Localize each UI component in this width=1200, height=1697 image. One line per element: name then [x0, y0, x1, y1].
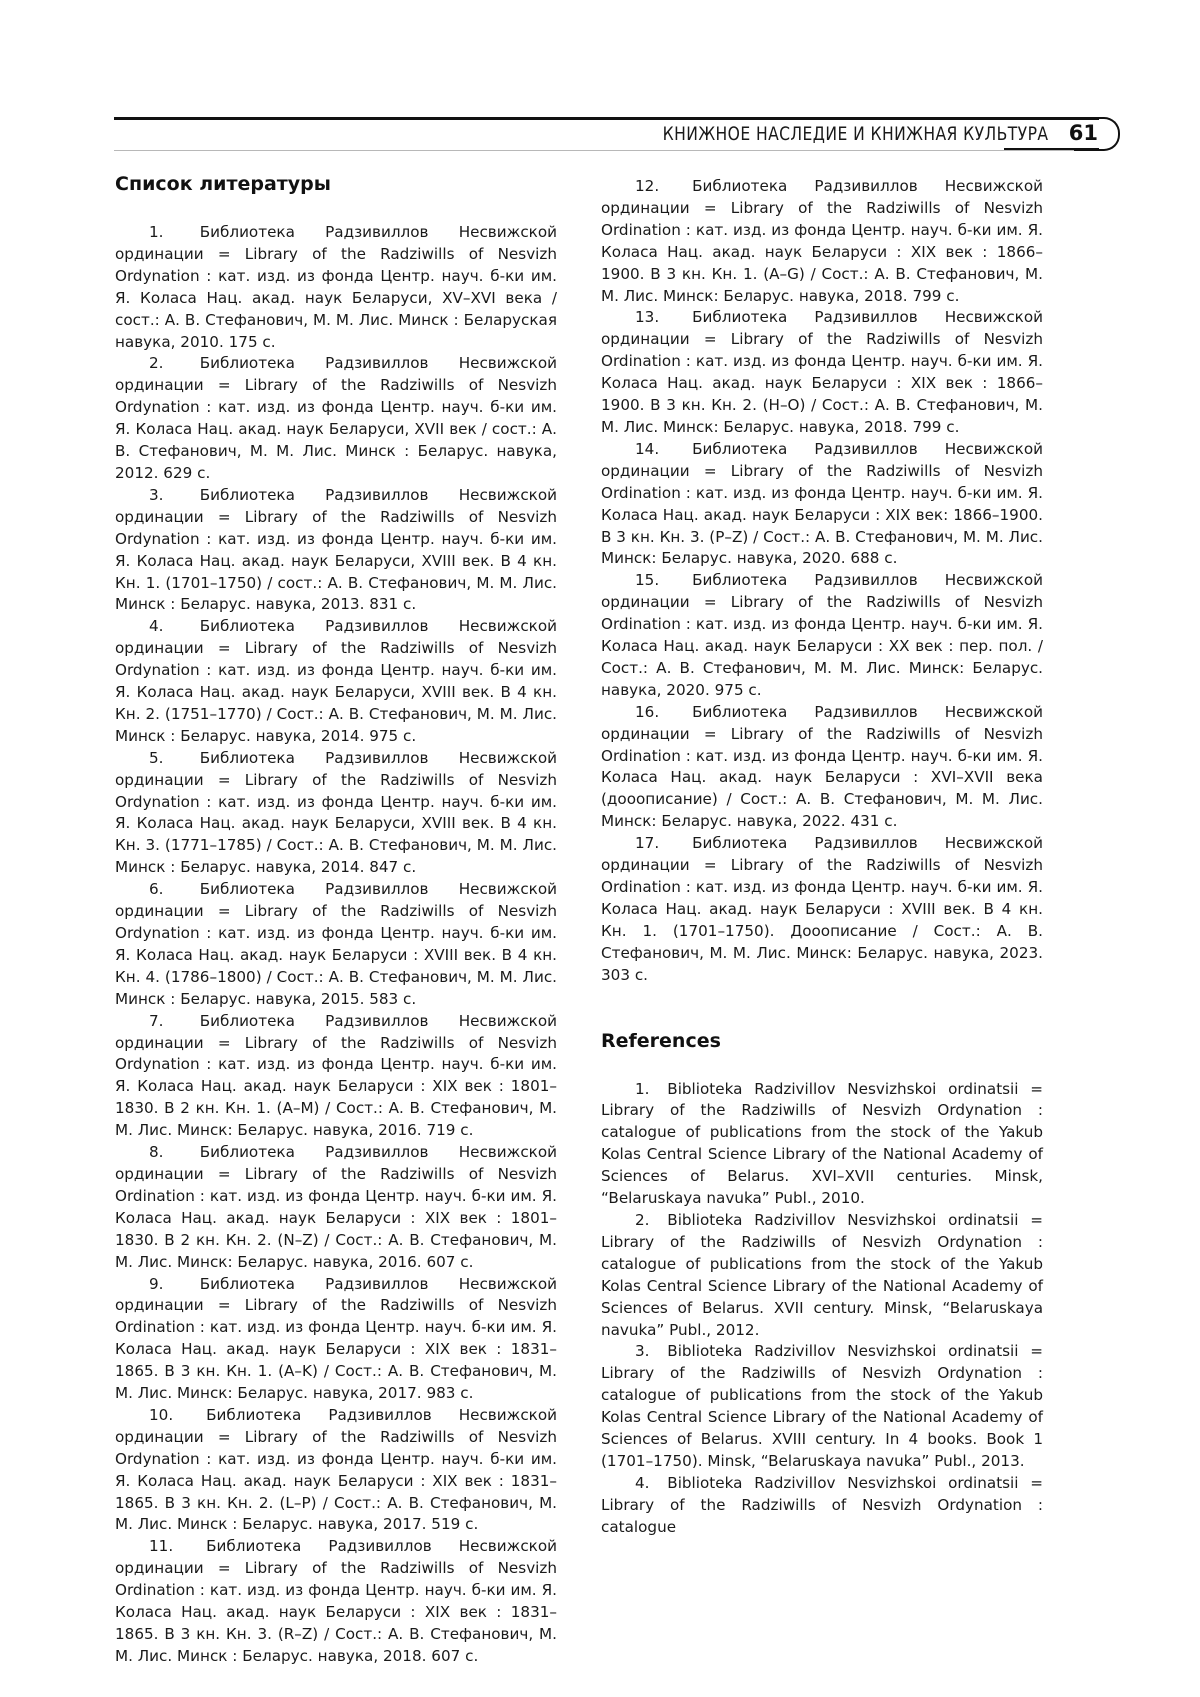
- references-heading: References: [601, 1029, 1043, 1053]
- bibliography-item: 13. Библиотека Радзивиллов Несвижской ор…: [601, 307, 1043, 438]
- item-number: 2.: [635, 1211, 650, 1229]
- right-column: 12. Библиотека Радзивиллов Несвижской ор…: [601, 176, 1043, 1539]
- bibliography-item: 16. Библиотека Радзивиллов Несвижской ор…: [601, 702, 1043, 833]
- item-text: Библиотека Радзивиллов Несвижской ордина…: [115, 354, 557, 482]
- item-text: Библиотека Радзивиллов Несвижской ордина…: [115, 1537, 557, 1665]
- item-text: Библиотека Радзивиллов Несвижской ордина…: [115, 1143, 557, 1271]
- reference-item: 2. Biblioteka Radzivillov Nesvizhskoi or…: [601, 1210, 1043, 1341]
- reference-item-continued: 4. Biblioteka Radzivillov Nesvizhskoi or…: [601, 1473, 1043, 1539]
- bibliography-list-continued: 12. Библиотека Радзивиллов Несвижской ор…: [601, 176, 1043, 987]
- item-number: 13.: [635, 308, 659, 326]
- item-text: Библиотека Радзивиллов Несвижской ордина…: [115, 617, 557, 745]
- item-number: 6.: [149, 880, 164, 898]
- item-number: 10.: [149, 1406, 173, 1424]
- bibliography-item: 12. Библиотека Радзивиллов Несвижской ор…: [601, 176, 1043, 307]
- item-number: 3.: [635, 1342, 650, 1360]
- item-number: 11.: [149, 1537, 173, 1555]
- references-list: 1. Biblioteka Radzivillov Nesvizhskoi or…: [601, 1079, 1043, 1539]
- item-text: Библиотека Радзивиллов Несвижской ордина…: [601, 177, 1043, 305]
- bibliography-heading: Список литературы: [115, 172, 557, 196]
- item-number: 1.: [635, 1080, 650, 1098]
- item-number: 4.: [149, 617, 164, 635]
- item-number: 14.: [635, 440, 659, 458]
- item-number: 3.: [149, 486, 164, 504]
- item-number: 5.: [149, 749, 164, 767]
- bibliography-item: 17. Библиотека Радзивиллов Несвижской ор…: [601, 833, 1043, 986]
- bibliography-item: 14. Библиотека Радзивиллов Несвижской ор…: [601, 439, 1043, 570]
- bibliography-item: 3. Библиотека Радзивиллов Несвижской орд…: [115, 485, 557, 616]
- item-text: Библиотека Радзивиллов Несвижской ордина…: [115, 486, 557, 614]
- item-number: 15.: [635, 571, 659, 589]
- bibliography-item: 10. Библиотека Радзивиллов Несвижской ор…: [115, 1405, 557, 1536]
- header-bottom-rule: [114, 150, 1099, 151]
- bibliography-item: 15. Библиотека Радзивиллов Несвижской ор…: [601, 570, 1043, 701]
- bibliography-item: 5. Библиотека Радзивиллов Несвижской орд…: [115, 748, 557, 879]
- bibliography-item-continued: 11. Библиотека Радзивиллов Несвижской ор…: [115, 1536, 557, 1667]
- reference-item: 3. Biblioteka Radzivillov Nesvizhskoi or…: [601, 1341, 1043, 1472]
- item-text: Библиотека Радзивиллов Несвижской ордина…: [115, 223, 557, 351]
- bibliography-item: 2. Библиотека Радзивиллов Несвижской орд…: [115, 353, 557, 484]
- item-number: 4.: [635, 1474, 650, 1492]
- bibliography-item: 4. Библиотека Радзивиллов Несвижской орд…: [115, 616, 557, 747]
- item-text: Biblioteka Radzivillov Nesvizhskoi ordin…: [601, 1474, 1043, 1536]
- left-column: Список литературы 1. Библиотека Радзивил…: [115, 172, 557, 1668]
- item-text: Библиотека Радзивиллов Несвижской ордина…: [601, 440, 1043, 568]
- item-number: 16.: [635, 703, 659, 721]
- item-text: Библиотека Радзивиллов Несвижской ордина…: [601, 703, 1043, 831]
- running-title: КНИЖНОЕ НАСЛЕДИЕ И КНИЖНАЯ КУЛЬТУРА: [662, 123, 1048, 145]
- item-text: Biblioteka Radzivillov Nesvizhskoi ordin…: [601, 1342, 1043, 1470]
- item-text: Библиотека Радзивиллов Несвижской ордина…: [115, 1406, 557, 1534]
- reference-item: 1. Biblioteka Radzivillov Nesvizhskoi or…: [601, 1079, 1043, 1210]
- item-number: 1.: [149, 223, 164, 241]
- item-text: Библиотека Радзивиллов Несвижской ордина…: [115, 880, 557, 1008]
- bibliography-item: 6. Библиотека Радзивиллов Несвижской орд…: [115, 879, 557, 1010]
- item-text: Библиотека Радзивиллов Несвижской ордина…: [601, 571, 1043, 699]
- item-number: 7.: [149, 1012, 164, 1030]
- running-header: КНИЖНОЕ НАСЛЕДИЕ И КНИЖНАЯ КУЛЬТУРА 61: [114, 117, 1120, 151]
- item-number: 17.: [635, 834, 659, 852]
- page-number: 61: [1069, 121, 1098, 145]
- item-text: Библиотека Радзивиллов Несвижской ордина…: [115, 1275, 557, 1403]
- item-text: Библиотека Радзивиллов Несвижской ордина…: [601, 308, 1043, 436]
- item-number: 2.: [149, 354, 164, 372]
- bibliography-item: 8. Библиотека Радзивиллов Несвижской орд…: [115, 1142, 557, 1273]
- item-text: Библиотека Радзивиллов Несвижской ордина…: [115, 749, 557, 877]
- item-text: Библиотека Радзивиллов Несвижской ордина…: [601, 834, 1043, 983]
- bibliography-item: 7. Библиотека Радзивиллов Несвижской орд…: [115, 1011, 557, 1142]
- bibliography-item: 9. Библиотека Радзивиллов Несвижской орд…: [115, 1274, 557, 1405]
- item-text: Biblioteka Radzivillov Nesvizhskoi ordin…: [601, 1080, 1043, 1208]
- header-top-rule: [114, 117, 1099, 120]
- bibliography-item: 1. Библиотека Радзивиллов Несвижской орд…: [115, 222, 557, 353]
- item-number: 8.: [149, 1143, 164, 1161]
- item-number: 9.: [149, 1275, 164, 1293]
- bibliography-list: 1. Библиотека Радзивиллов Несвижской орд…: [115, 222, 557, 1668]
- item-number: 12.: [635, 177, 659, 195]
- item-text: Библиотека Радзивиллов Несвижской ордина…: [115, 1012, 557, 1140]
- item-text: Biblioteka Radzivillov Nesvizhskoi ordin…: [601, 1211, 1043, 1339]
